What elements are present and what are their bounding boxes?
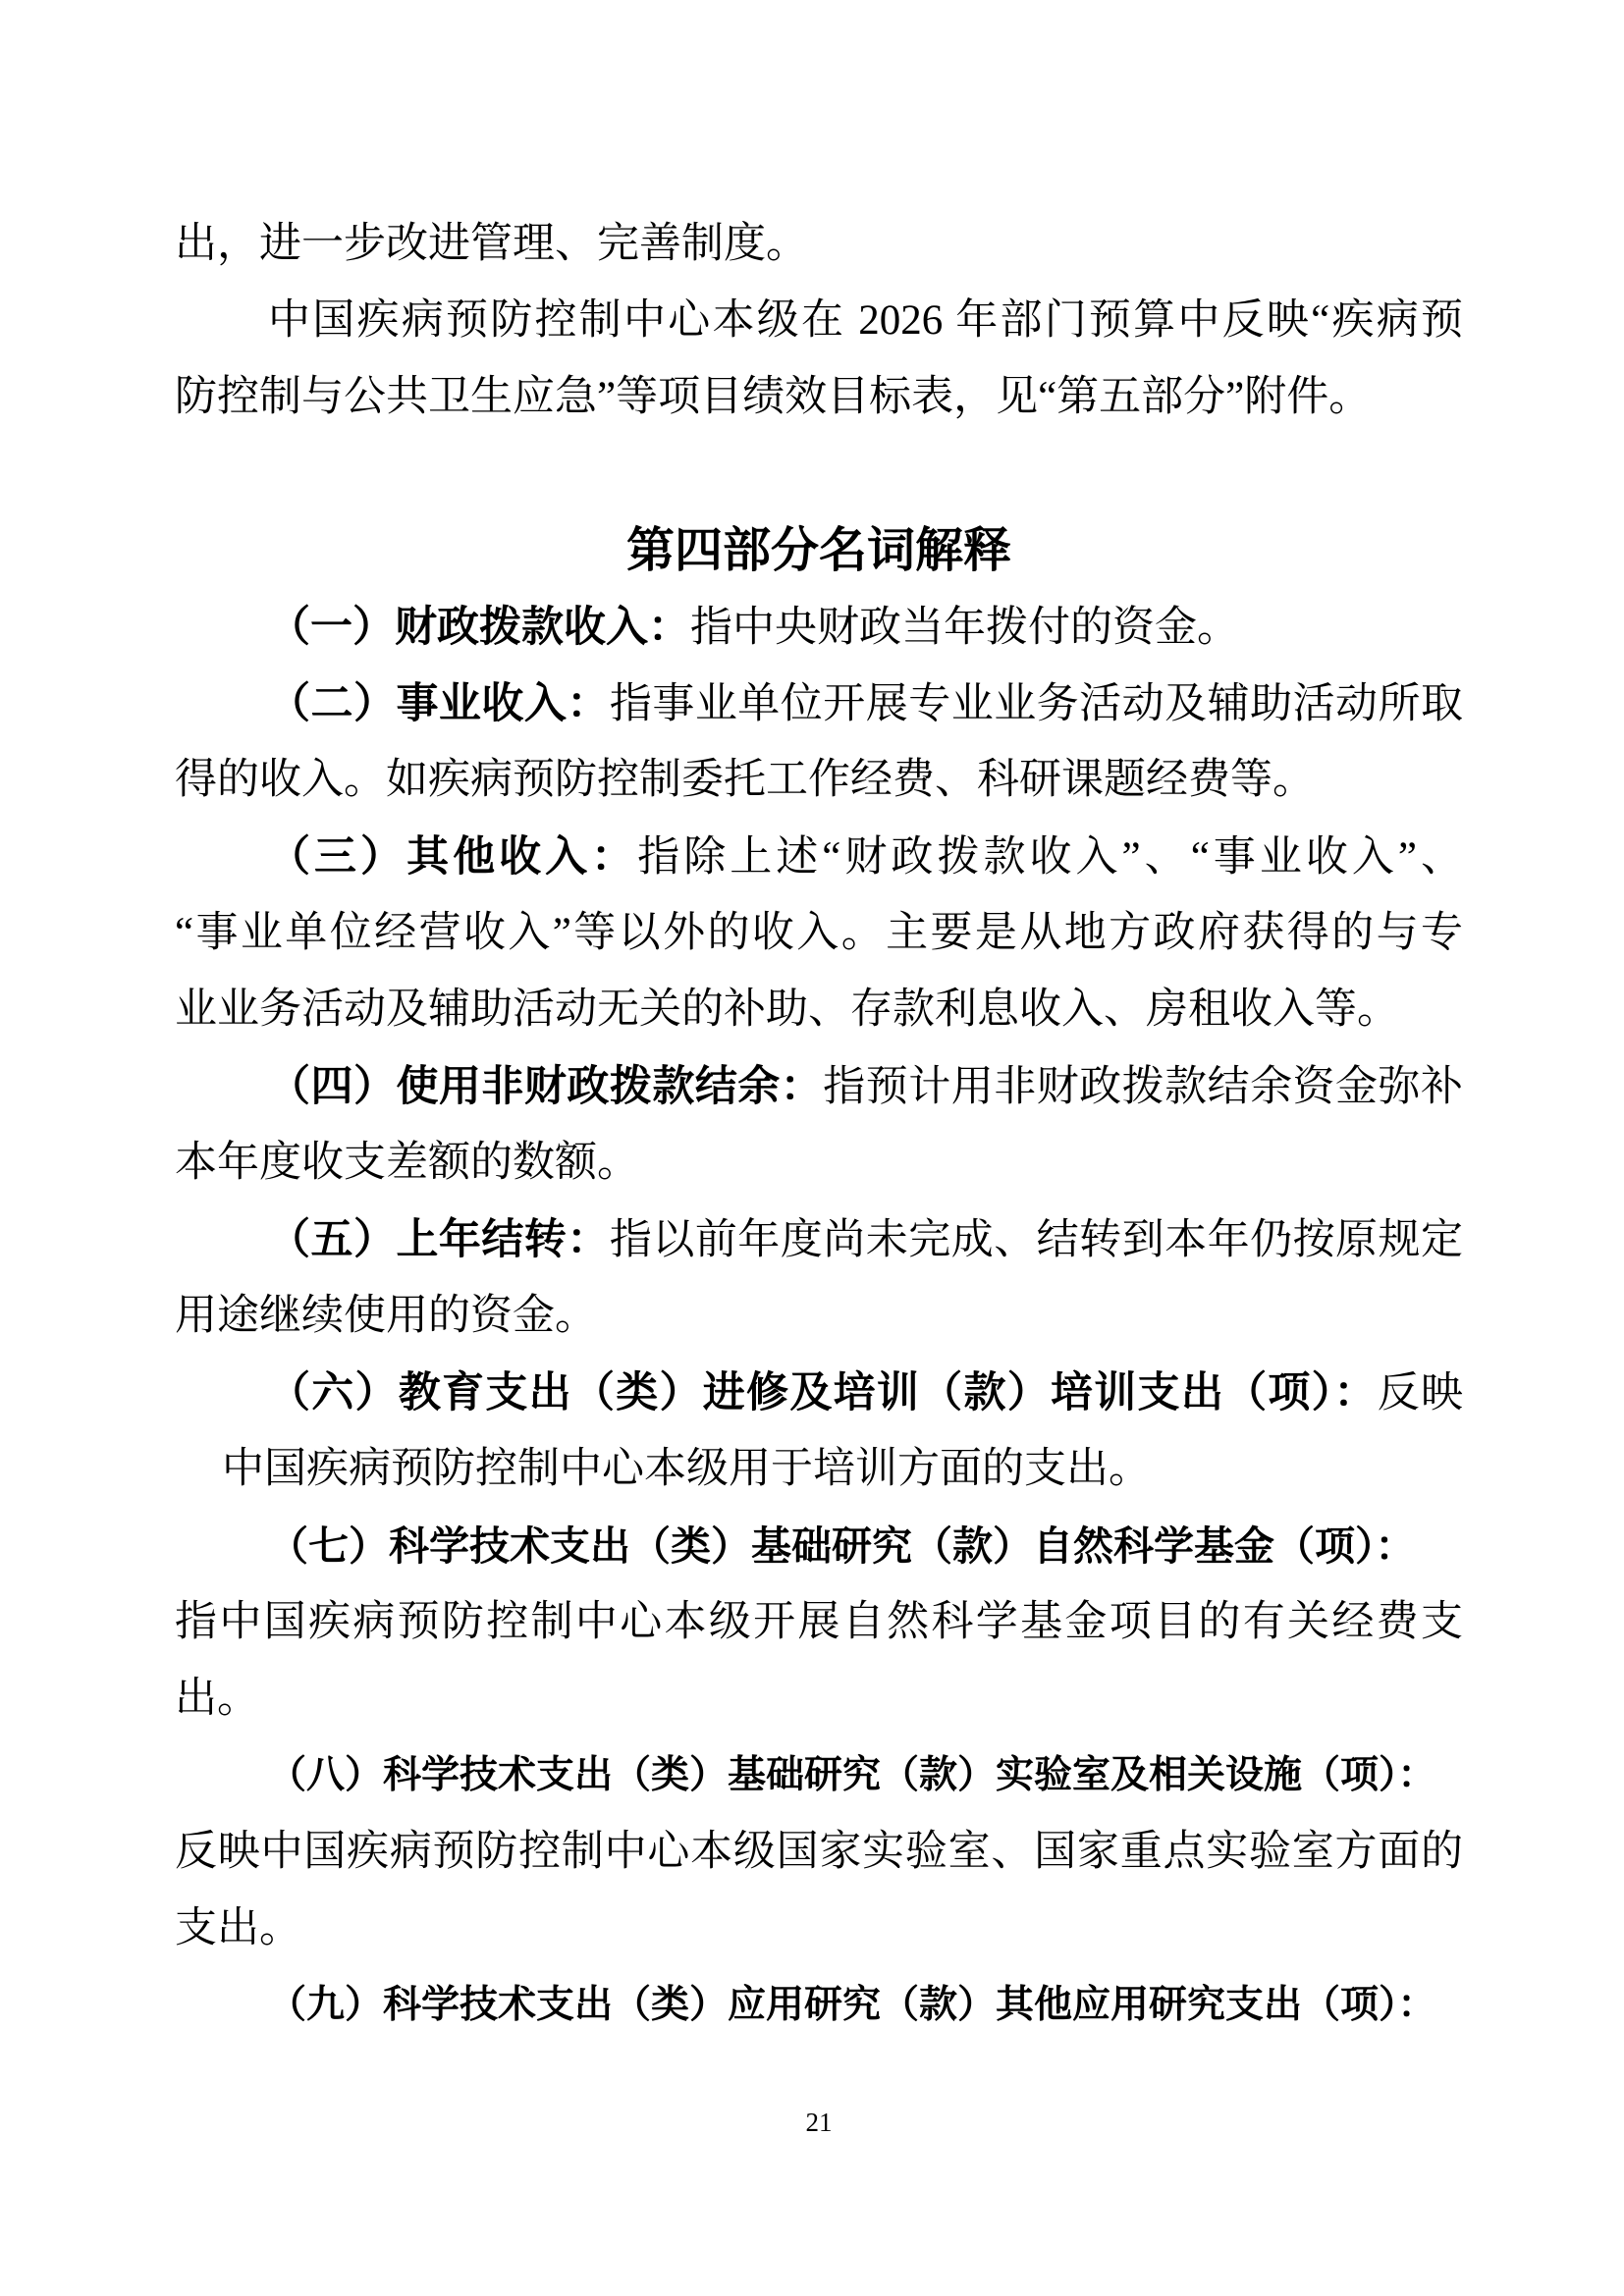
text-line: 中国疾病预防控制中心本级在 2026 年部门预算中反映“疾病预: [175, 283, 1463, 359]
body-text: 指事业单位开展专业业务活动及辅助活动所取: [610, 681, 1463, 727]
text-line: （二）事业收入：指事业单位开展专业业务活动及辅助活动所取: [175, 666, 1463, 742]
term-bold: （三）其他收入：: [268, 833, 637, 881]
body-text: 指中央财政当年拨付的资金。: [690, 605, 1239, 651]
text-line: 支出。: [175, 1891, 1463, 1967]
body-text: 业业务活动及辅助活动无关的补助、存款利息收入、房租收入等。: [175, 987, 1399, 1033]
term-bold: （二）事业收入：: [268, 680, 610, 727]
text-line: （八）科学技术支出（类）基础研究（款）实验室及相关设施（项）：: [175, 1737, 1463, 1814]
text-line: 业业务活动及辅助活动无关的补助、存款利息收入、房租收入等。: [175, 972, 1463, 1048]
body-text: 出，进一步改进管理、完善制度。: [175, 221, 808, 267]
text-line: “事业单位经营收入”等以外的收入。主要是从地方政府获得的与专: [175, 895, 1463, 972]
body-text: 指除上述“财政拨款收入”、“事业收入”、: [637, 834, 1463, 881]
body-text: 指中国疾病预防控制中心本级开展自然科学基金项目的有关经费支: [175, 1599, 1463, 1645]
page-number: 21: [175, 2101, 1463, 2144]
body-text: 得的收入。如疾病预防控制委托工作经费、科研课题经费等。: [175, 757, 1315, 803]
body-text: 反映中国疾病预防控制中心本级国家实验室、国家重点实验室方面的: [175, 1829, 1463, 1875]
body-text: 出。: [175, 1676, 259, 1722]
text-line: 出。: [175, 1661, 1463, 1737]
text-line: 得的收入。如疾病预防控制委托工作经费、科研课题经费等。: [175, 742, 1463, 819]
text-line: 中国疾病预防控制中心本级用于培训方面的支出。: [175, 1431, 1463, 1508]
body-text: 中国疾病预防控制中心本级在 2026 年部门预算中反映“疾病预: [268, 297, 1463, 344]
body-text: 用途继续使用的资金。: [175, 1293, 597, 1339]
section-heading: 第四部分名词解释: [175, 512, 1463, 589]
term-bold: （九）科学技术支出（类）应用研究（款）其他应用研究支出（项）：: [268, 1984, 1436, 2026]
text-line: （一）财政拨款收入：指中央财政当年拨付的资金。: [175, 589, 1463, 666]
term-bold: （一）财政拨款收入：: [268, 604, 690, 651]
body-text: 中国疾病预防控制中心本级用于培训方面的支出。: [222, 1446, 1151, 1492]
text-line: （四）使用非财政拨款结余：指预计用非财政拨款结余资金弥补: [175, 1048, 1463, 1125]
term-bold: （五）上年结转：: [268, 1216, 610, 1263]
term-bold: （八）科学技术支出（类）基础研究（款）实验室及相关设施（项）：: [268, 1754, 1436, 1796]
body-text: “事业单位经营收入”等以外的收入。主要是从地方政府获得的与专: [175, 910, 1463, 956]
text-line: （九）科学技术支出（类）应用研究（款）其他应用研究支出（项）：: [175, 1967, 1463, 2044]
text-line: 出，进一步改进管理、完善制度。: [175, 206, 1463, 283]
text-line: 用途继续使用的资金。: [175, 1278, 1463, 1355]
body-text: 指预计用非财政拨款结余资金弥补: [823, 1064, 1463, 1110]
text-line: 防控制与公共卫生应急”等项目绩效目标表，见“第五部分”附件。: [175, 359, 1463, 436]
document-page: 出，进一步改进管理、完善制度。 中国疾病预防控制中心本级在 2026 年部门预算…: [0, 0, 1624, 2296]
text-line: 本年度收支差额的数额。: [175, 1125, 1463, 1201]
text-line: （七）科学技术支出（类）基础研究（款）自然科学基金（项）：: [175, 1508, 1463, 1584]
term-bold: （七）科学技术支出（类）基础研究（款）自然科学基金（项）：: [268, 1523, 1416, 1569]
term-bold: （六）教育支出（类）进修及培训（款）培训支出（项）：: [268, 1369, 1378, 1416]
body-text: 支出。: [175, 1905, 301, 1951]
text-line: （六）教育支出（类）进修及培训（款）培训支出（项）：反映: [175, 1355, 1463, 1431]
text-line: （五）上年结转：指以前年度尚未完成、结转到本年仍按原规定: [175, 1201, 1463, 1278]
text-line: 反映中国疾病预防控制中心本级国家实验室、国家重点实验室方面的: [175, 1814, 1463, 1891]
body-text: 指以前年度尚未完成、结转到本年仍按原规定: [610, 1217, 1463, 1263]
text-line: 指中国疾病预防控制中心本级开展自然科学基金项目的有关经费支: [175, 1584, 1463, 1661]
text-line: （三）其他收入：指除上述“财政拨款收入”、“事业收入”、: [175, 819, 1463, 895]
body-text: 本年度收支差额的数额。: [175, 1140, 639, 1186]
body-text: 防控制与公共卫生应急”等项目绩效目标表，见“第五部分”附件。: [175, 374, 1371, 420]
term-bold: （四）使用非财政拨款结余：: [268, 1063, 823, 1110]
body-text: 反映: [1378, 1370, 1463, 1416]
